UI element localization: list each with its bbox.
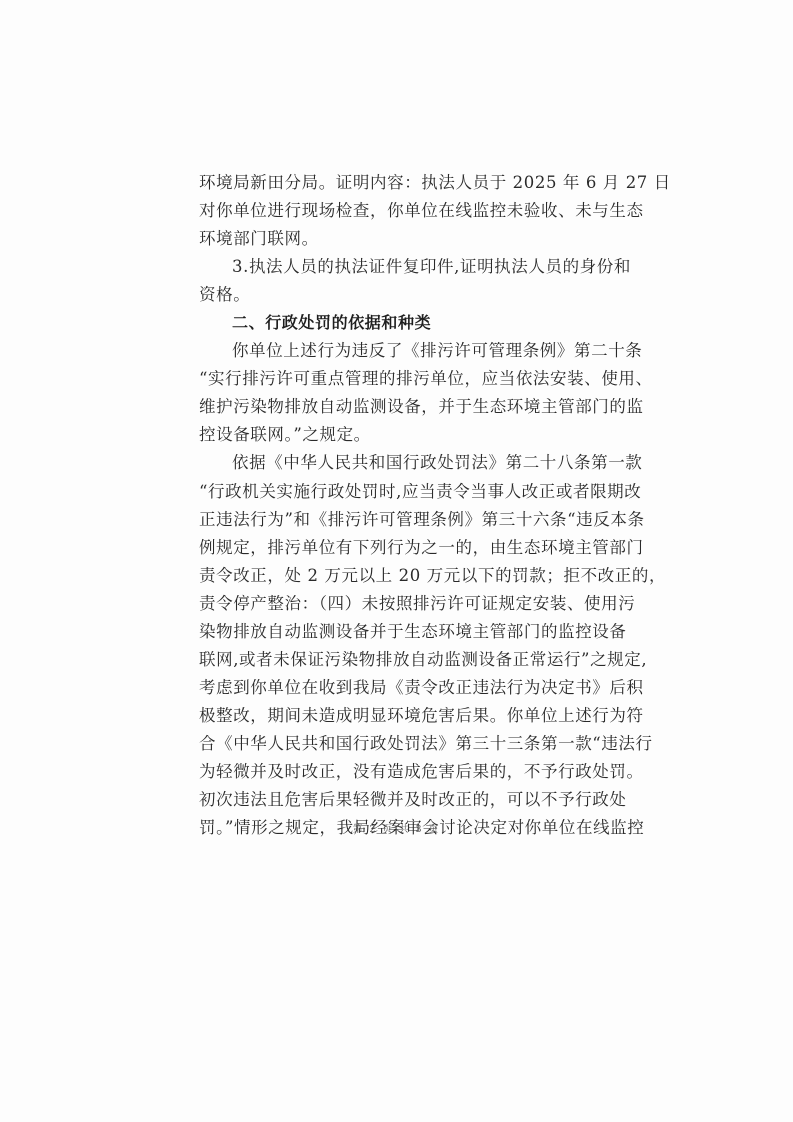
text-line: 合《中华人民共和国行政处罚法》第三十三条第一款“违法行 (199, 730, 587, 758)
text-line: 联网,或者未保证污染物排放自动监测设备正常运行”之规定, (199, 646, 587, 674)
text-line: 3.执法人员的执法证件复印件,证明执法人员的身份和 (199, 253, 587, 281)
text-line: 责令停产整治：（四）未按照排污许可证规定安装、使用污 (199, 590, 587, 618)
text-line: 维护污染物排放自动监测设备，并于生态环境主管部门的监 (199, 393, 587, 421)
text-line: 例规定，排污单位有下列行为之一的，由生态环境主管部门 (199, 534, 587, 562)
text-line: 控设备联网。”之规定。 (199, 421, 587, 449)
text-line: “行政机关实施行政处罚时,应当责令当事人改正或者限期改 (199, 478, 587, 506)
text-line: 为轻微并及时改正，没有造成危害后果的，不予行政处罚。 (199, 758, 587, 786)
text-line: 你单位上述行为违反了《排污许可管理条例》第二十条 (199, 337, 587, 365)
text-line: 考虑到你单位在收到我局《责令改正违法行为决定书》后积 (199, 674, 587, 702)
text-line: “实行排污许可重点管理的排污单位，应当依法安装、使用、 (199, 365, 587, 393)
text-line: 环境局新田分局。证明内容：执法人员于 2025 年 6 月 27 日 (199, 169, 587, 197)
text-line: 依据《中华人民共和国行政处罚法》第二十八条第一款 (199, 449, 587, 477)
text-line: 初次违法且危害后果轻微并及时改正的，可以不予行政处 (199, 786, 587, 814)
text-line: 正违法行为”和《排污许可管理条例》第三十六条“违反本条 (199, 506, 587, 534)
document-body: 环境局新田分局。证明内容：执法人员于 2025 年 6 月 27 日对你单位进行… (199, 169, 587, 842)
document-page: 环境局新田分局。证明内容：执法人员于 2025 年 6 月 27 日对你单位进行… (0, 0, 793, 1122)
text-line: 对你单位进行现场检查，你单位在线监控未验收、未与生态 (199, 197, 587, 225)
section-heading: 二、行政处罚的依据和种类 (199, 309, 587, 337)
text-line: 染物排放自动监测设备并于生态环境主管部门的监控设备 (199, 618, 587, 646)
text-line: 责令改正，处 2 万元以上 20 万元以下的罚款；拒不改正的， (199, 562, 587, 590)
text-line: 资格。 (199, 281, 587, 309)
text-line: 极整改，期间未造成明显环境危害后果。你单位上述行为符 (199, 702, 587, 730)
page-number: 第 2 页 共 3 页 (0, 821, 793, 835)
text-line: 环境部门联网。 (199, 225, 587, 253)
